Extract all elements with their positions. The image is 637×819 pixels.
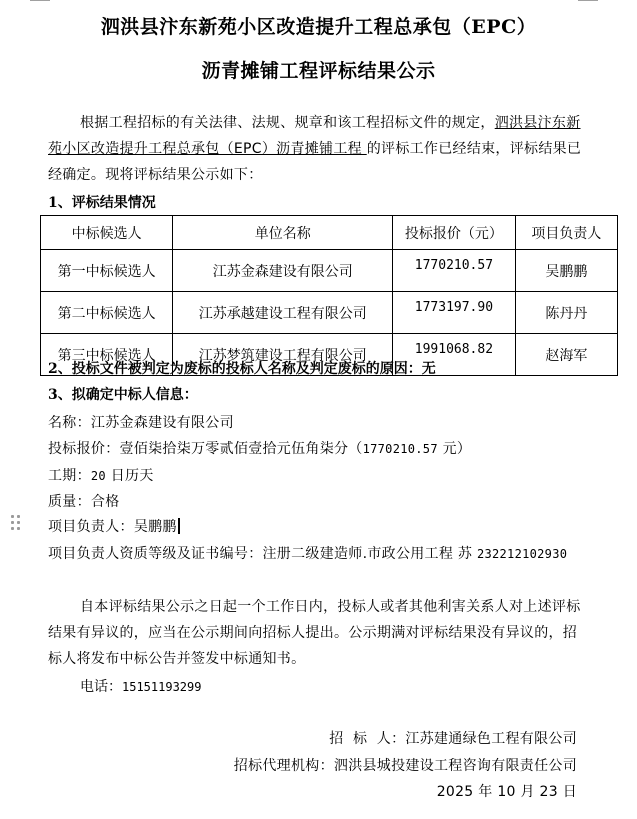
- winner-period-line[interactable]: 工期：20 日历天: [48, 465, 154, 485]
- winner-manager-line[interactable]: 项目负责人：吴鹏鹏: [48, 516, 180, 536]
- table-row: 第一中标候选人 江苏金森建设有限公司 1770210.57 吴鹏鹏: [41, 250, 618, 292]
- winner-quality-line[interactable]: 质量：合格: [48, 491, 120, 511]
- cell-price: 1773197.90: [393, 292, 515, 334]
- header-manager: 项目负责人: [515, 216, 617, 250]
- bid-results-table[interactable]: 中标候选人 单位名称 投标报价（元） 项目负责人 第一中标候选人 江苏金森建设有…: [40, 215, 618, 376]
- agency-line[interactable]: 招标代理机构：泗洪县城投建设工程咨询有限责任公司: [234, 755, 577, 775]
- winner-period-suffix: 日历天: [106, 468, 154, 484]
- intro-prefix: 根据工程招标的有关法律、法规、规章和该工程招标文件的规定，: [80, 115, 495, 131]
- section-3-heading: 3、拟确定中标人信息：: [48, 384, 198, 404]
- phone-value: 15151193299: [122, 680, 201, 694]
- winner-quality-value: 合格: [91, 494, 120, 510]
- tenderer-label: 招 标 人：: [329, 731, 405, 747]
- section-2-heading: 2、投标文件被判定为废标的投标人名称及判定废标的原因：无: [48, 358, 436, 378]
- agency-value: 泗洪县城投建设工程咨询有限责任公司: [334, 758, 577, 774]
- header-price: 投标报价（元）: [393, 216, 515, 250]
- winner-quality-label: 质量：: [48, 494, 91, 510]
- publication-date[interactable]: 2025 年 10 月 23 日: [437, 781, 577, 801]
- header-rank: 中标候选人: [41, 216, 173, 250]
- agency-label: 招标代理机构：: [234, 758, 334, 774]
- winner-price-label: 投标报价：: [48, 441, 120, 457]
- document-title-line-1: 泗洪县汴东新苑小区改造提升工程总承包（EPC）: [0, 12, 637, 39]
- winner-manager-value: 吴鹏鹏: [134, 519, 177, 535]
- cell-rank: 第二中标候选人: [41, 292, 173, 334]
- cell-manager: 陈丹丹: [515, 292, 617, 334]
- winner-cert-value: 注册二级建造师.市政公用工程 苏: [263, 546, 477, 562]
- header-company: 单位名称: [173, 216, 393, 250]
- winner-price-suffix: 元）: [438, 441, 471, 457]
- section-1-heading: 1、评标结果情况: [48, 192, 156, 212]
- contact-phone-line[interactable]: 电话：15151193299: [80, 676, 201, 696]
- winner-cert-line[interactable]: 项目负责人资质等级及证书编号：注册二级建造师.市政公用工程 苏 23221210…: [48, 543, 567, 563]
- cell-manager: 赵海军: [515, 334, 617, 376]
- tenderer-value: 江苏建通绿色工程有限公司: [405, 731, 577, 747]
- text-cursor: [178, 518, 180, 534]
- cell-company: 江苏金森建设有限公司: [173, 250, 393, 292]
- cell-price: 1770210.57: [393, 250, 515, 292]
- table-row: 第二中标候选人 江苏承越建设工程有限公司 1773197.90 陈丹丹: [41, 292, 618, 334]
- winner-cert-label: 项目负责人资质等级及证书编号：: [48, 546, 263, 562]
- page-margin-marker-right: [578, 0, 598, 1]
- intro-paragraph[interactable]: 根据工程招标的有关法律、法规、规章和该工程招标文件的规定，泗洪县汴东新苑小区改造…: [48, 110, 583, 188]
- phone-label: 电话：: [80, 679, 122, 695]
- notice-paragraph[interactable]: 自本评标结果公示之日起一个工作日内，投标人或者其他利害关系人对上述评标结果有异议…: [48, 594, 583, 672]
- cell-company: 江苏承越建设工程有限公司: [173, 292, 393, 334]
- cell-manager: 吴鹏鹏: [515, 250, 617, 292]
- winner-name-value: 江苏金森建设有限公司: [91, 415, 234, 431]
- winner-price-line[interactable]: 投标报价：壹佰柒拾柒万零贰佰壹拾元伍角柒分（1770210.57 元）: [48, 438, 471, 458]
- winner-period-number: 20: [91, 469, 106, 483]
- winner-price-words: 壹佰柒拾柒万零贰佰壹拾元伍角柒分（: [120, 441, 363, 457]
- tenderer-line[interactable]: 招 标 人：江苏建通绿色工程有限公司: [329, 728, 577, 748]
- cell-rank: 第一中标候选人: [41, 250, 173, 292]
- winner-cert-number: 232212102930: [477, 547, 567, 561]
- winner-period-label: 工期：: [48, 468, 91, 484]
- document-title-line-2: 沥青摊铺工程评标结果公示: [0, 56, 637, 83]
- page-margin-marker-left: [30, 0, 50, 1]
- winner-manager-label: 项目负责人：: [48, 519, 134, 535]
- winner-price-number: 1770210.57: [363, 442, 438, 456]
- winner-name-label: 名称：: [48, 415, 91, 431]
- block-drag-handle-icon[interactable]: [11, 515, 21, 531]
- table-header-row: 中标候选人 单位名称 投标报价（元） 项目负责人: [41, 216, 618, 250]
- winner-name-line[interactable]: 名称：江苏金森建设有限公司: [48, 412, 234, 432]
